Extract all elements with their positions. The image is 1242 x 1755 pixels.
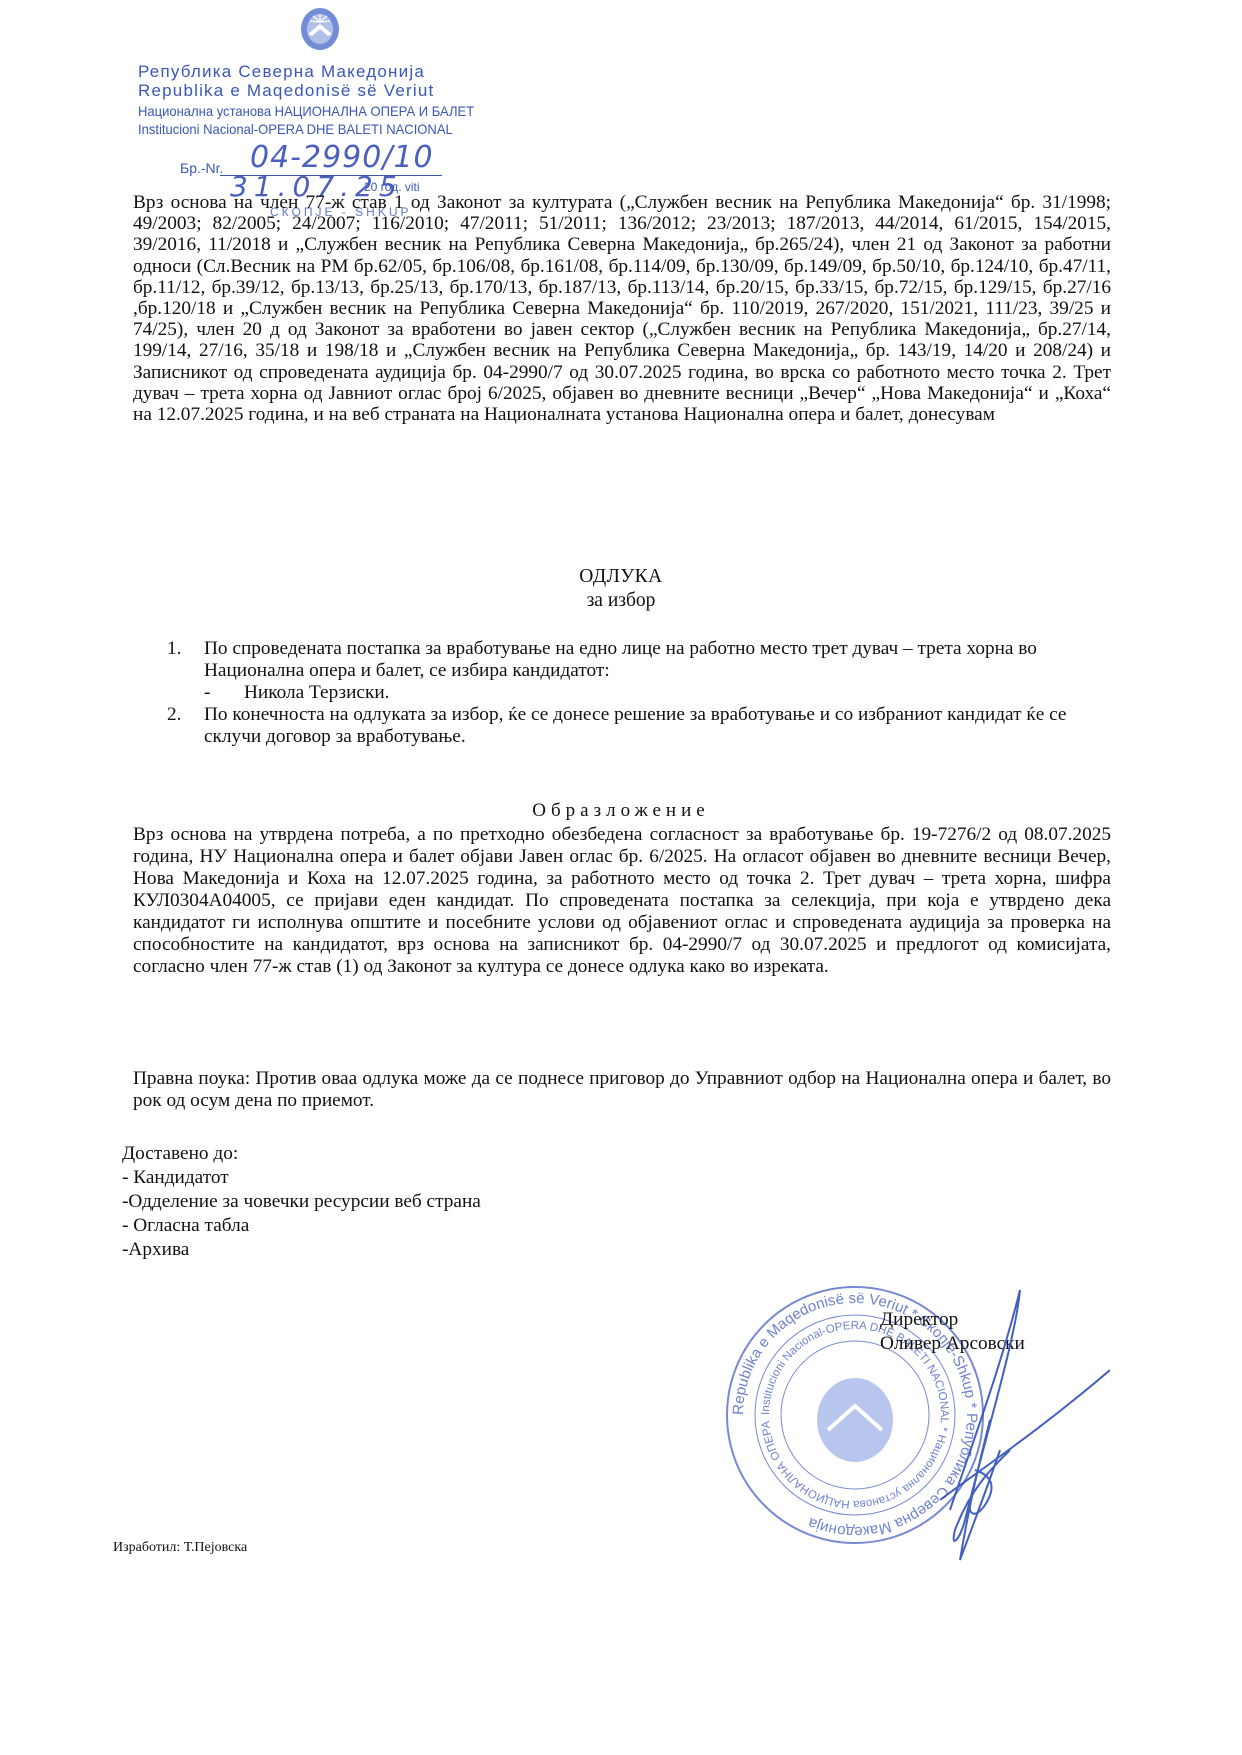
header-institution-mk: Национална установа НАЦИОНАЛНА ОПЕРА И Б… [138,102,529,120]
decision-item: 1. По спроведената постапка за вработува… [160,638,1110,704]
dash-bullet: - [204,682,210,704]
decision-item-text: По спроведената постапка за вработување … [204,638,1037,681]
delivered-to-label: Доставено до: [122,1142,481,1166]
delivered-to: Доставено до: - Кандидатот -Одделение за… [122,1142,481,1262]
header-country-sq: Republika e Maqedonisë së Veriut [138,81,538,100]
explanation-paragraph: Врз основа на утврдена потреба, а по пре… [133,824,1111,978]
preamble-paragraph: Врз основа на член 77-ж став 1 од Законо… [133,192,1111,425]
decision-list: 1. По спроведената постапка за вработува… [160,638,1110,748]
selected-candidate: - Никола Терзиски. [204,682,1110,704]
legal-remedy: Правна поука: Против оваа одлука може да… [133,1068,1111,1112]
decision-item-number: 1. [167,638,181,660]
decision-item-number: 2. [167,704,181,726]
candidate-name: Никола Терзиски. [244,682,390,703]
signature-icon [880,1270,1110,1570]
header-country-mk: Република Северна Македонија [138,62,538,81]
header-institution-sq: Institucioni Nacional-OPERA DHE BALETI N… [138,120,529,138]
recipient: -Одделение за човечки ресурсии веб стран… [122,1190,481,1214]
recipient: -Архива [122,1238,481,1262]
coat-of-arms-icon [298,6,342,52]
decision-subtitle: за избор [0,590,1242,612]
prepared-by: Изработил: Т.Пејовска [113,1540,247,1556]
decision-item-text: По конечноста на одлуката за избор, ќе с… [204,704,1066,747]
registration-label: Бр.-Nr. [180,160,223,176]
recipient: - Кандидатот [122,1166,481,1190]
decision-item: 2. По конечноста на одлуката за избор, ќ… [160,704,1110,748]
recipient: - Огласна табла [122,1214,481,1238]
explanation-title: Образложение [0,800,1242,822]
decision-title: ОДЛУКА [0,566,1242,588]
